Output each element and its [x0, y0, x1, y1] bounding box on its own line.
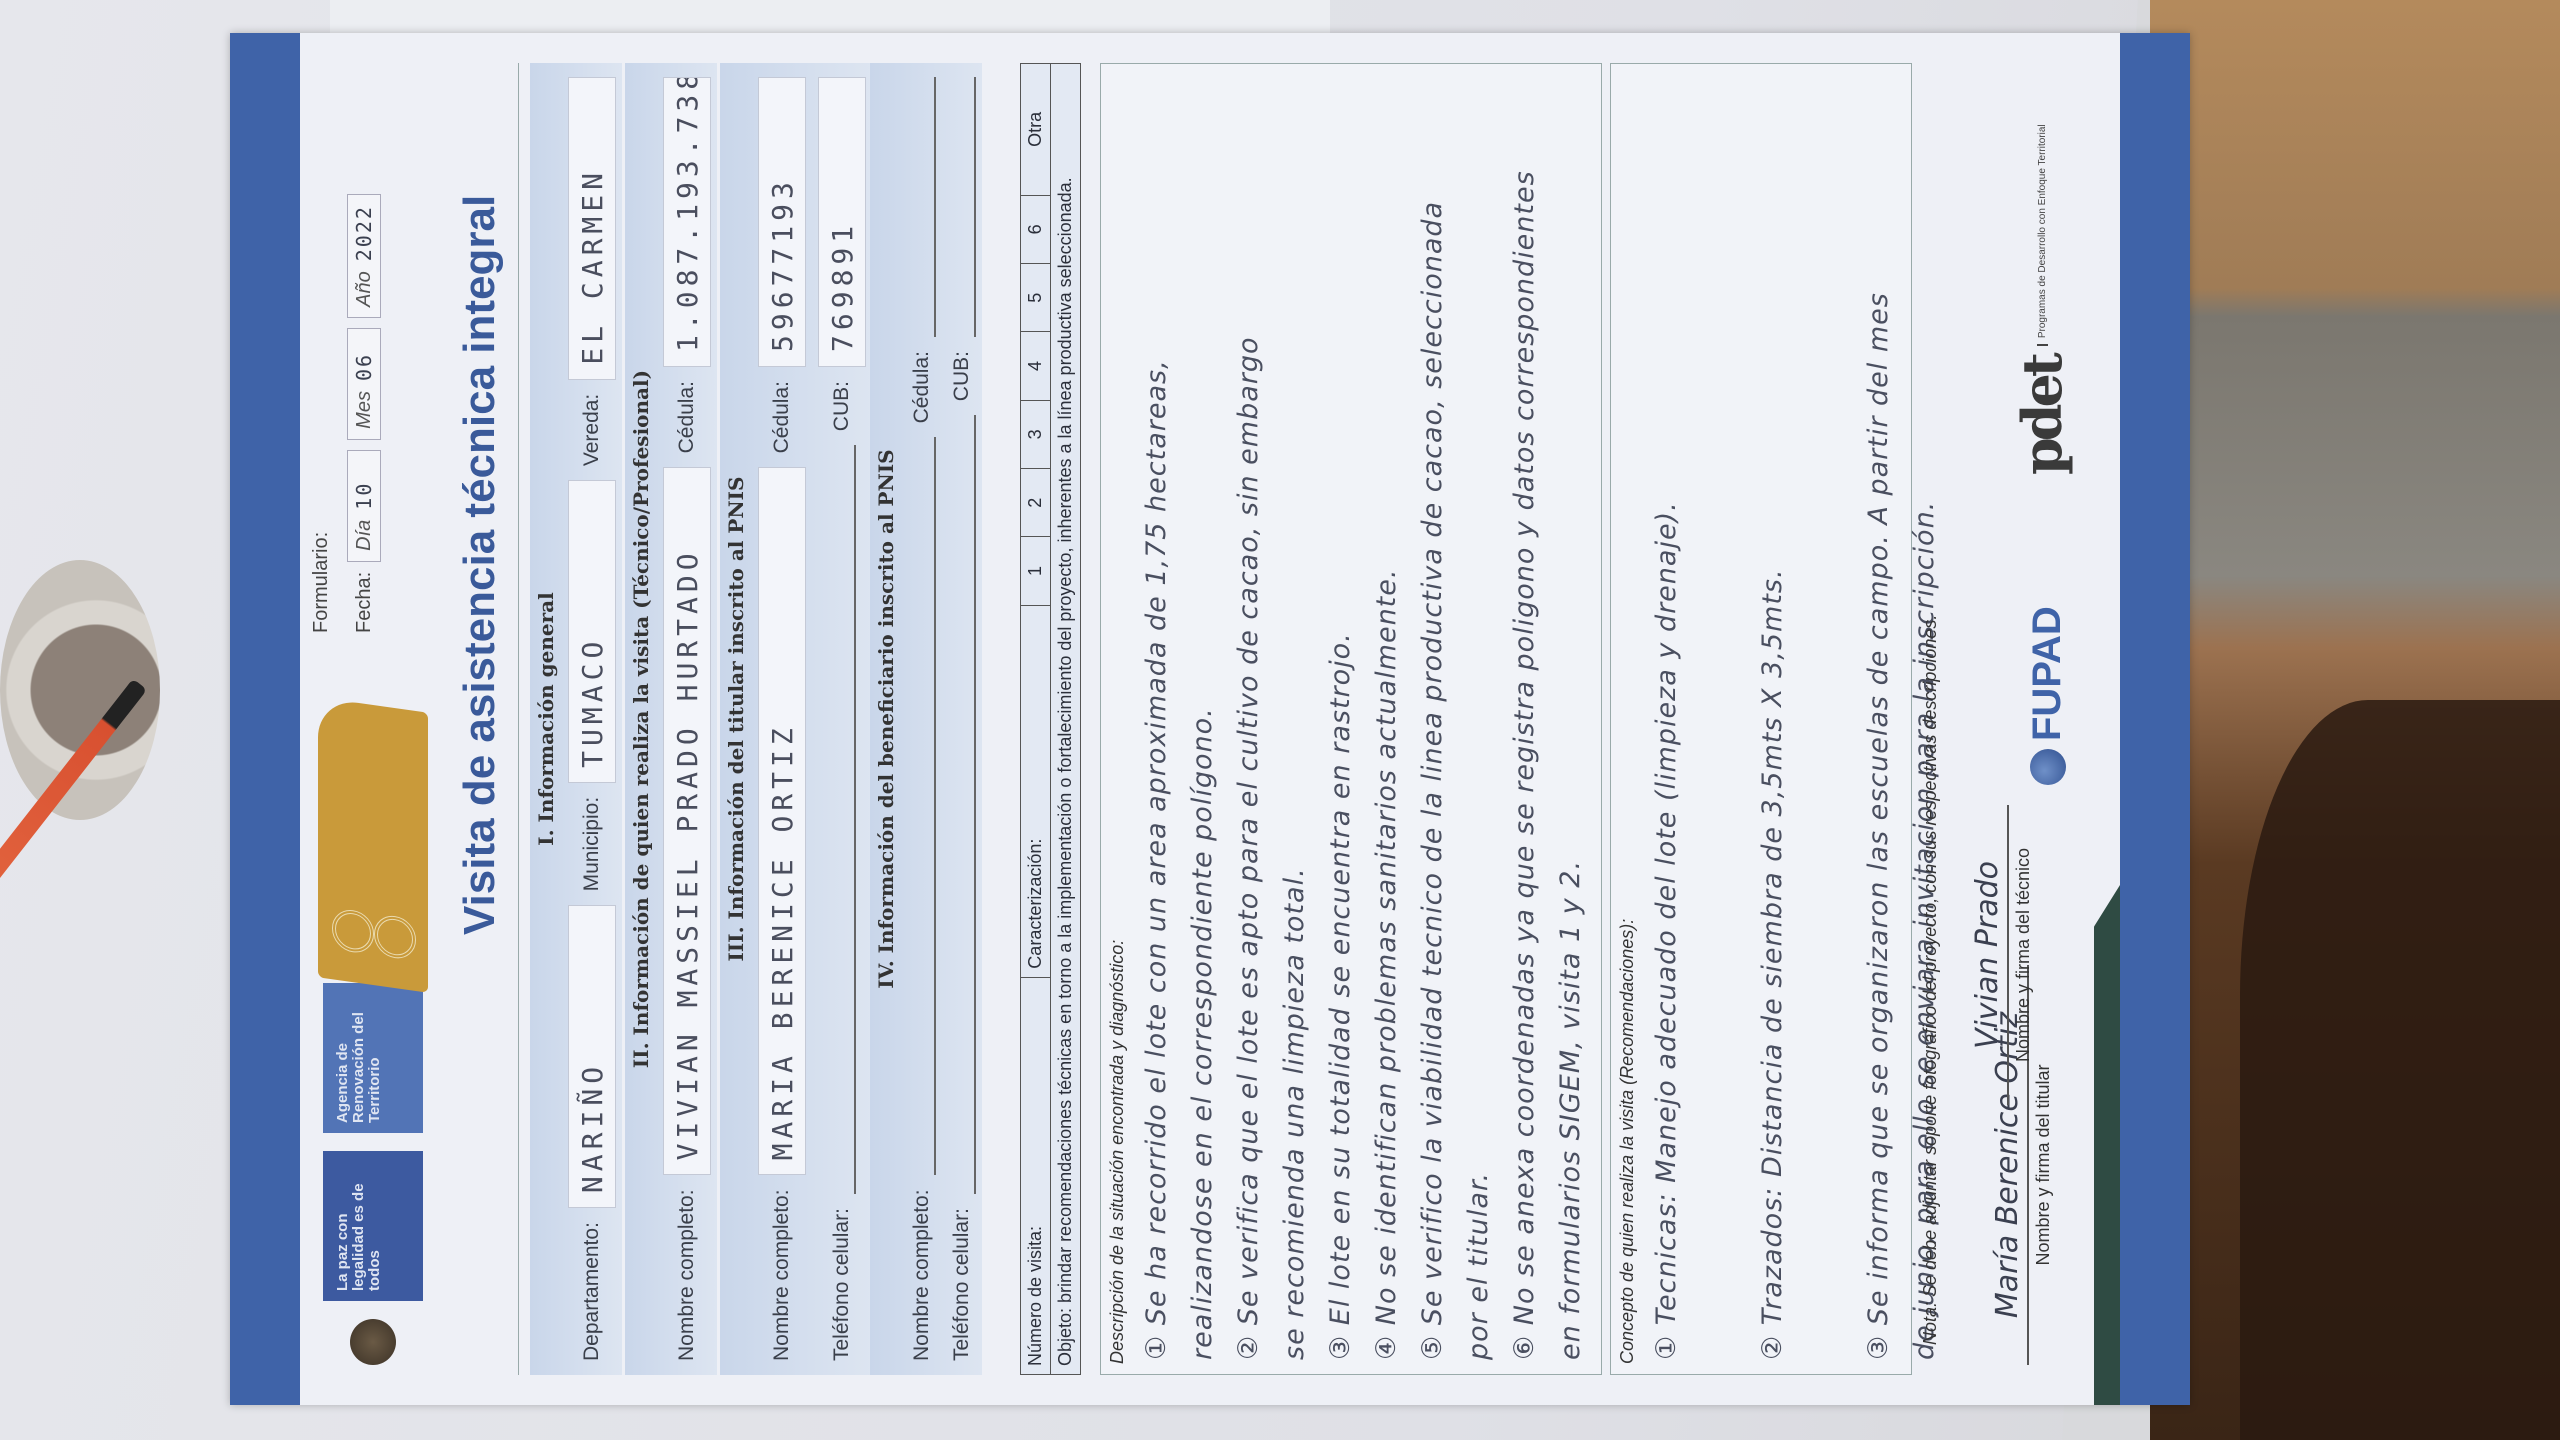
- shadow: [2240, 700, 2560, 1440]
- visit-table-section: Número de visita: Caracterización: 1 2 3…: [1020, 63, 1081, 1375]
- logo-art: Agencia de Renovación del Territorio: [323, 983, 423, 1133]
- section-heading: IV. Información del beneficiario inscrit…: [870, 63, 902, 1375]
- cub-titular-label: CUB:: [830, 381, 854, 431]
- pdet-logo-sub: Programas de Desarrollo con Enfoque Terr…: [2037, 124, 2048, 346]
- caracterizacion-option[interactable]: 6: [1021, 195, 1051, 263]
- nombre-tecnico-field[interactable]: VIVIAN MASSIEL PRADO HURTADO: [663, 467, 711, 1175]
- descripcion-line: ⑤ Se verifico la viabilidad tecnico de l…: [1410, 64, 1456, 1374]
- descripcion-line: realizandose en el correspondiente políg…: [1180, 64, 1226, 1374]
- section-heading: I. Información general: [530, 63, 562, 1375]
- vereda-label: Vereda:: [580, 394, 604, 466]
- telefono-titular-label: Teléfono celular:: [830, 1208, 854, 1361]
- colombia-crest-icon: [350, 1319, 396, 1365]
- descripcion-line: en formularios SIGEM, visita 1 y 2.: [1548, 64, 1594, 1374]
- nombre-beneficiario-field[interactable]: [908, 437, 936, 1175]
- section-titular: III. Información del titular inscrito al…: [720, 63, 872, 1375]
- tecnico-caption: Nombre y firma del técnico: [2013, 805, 2034, 1105]
- footer-note: Nota: Se debe adjuntar soporte fotográfi…: [1920, 615, 1941, 1345]
- row-titular-nombre: Nombre completo: MARIA BERENICE ORTIZ Cé…: [752, 63, 812, 1375]
- titular-caption: Nombre y firma del titular: [2033, 965, 2054, 1365]
- pdet-logo: pdet Programas de Desarrollo con Enfoque…: [2010, 124, 2074, 475]
- caracterizacion-option[interactable]: 5: [1021, 264, 1051, 332]
- concepto-heading: Concepto de quien realiza la visita (Rec…: [1611, 64, 1644, 1374]
- concepto-line: ③ Se informa que se organizaron las escu…: [1856, 64, 1902, 1374]
- descripcion-line: se recomienda una limpieza total.: [1272, 64, 1318, 1374]
- telefono-beneficiario-field[interactable]: [948, 415, 976, 1194]
- cub-beneficiario-label: CUB:: [950, 351, 974, 401]
- globe-icon: [2030, 749, 2066, 785]
- concepto-box: Concepto de quien realiza la visita (Rec…: [1610, 63, 1912, 1375]
- mes-value: 06: [352, 353, 376, 381]
- header-bar: [230, 33, 300, 1405]
- logo-paz-legalidad: La paz con legalidad es de todos: [323, 1151, 423, 1301]
- cedula-titular-label: Cédula:: [770, 381, 794, 453]
- telefono-titular-field[interactable]: [828, 445, 856, 1194]
- caracterizacion-label: Caracterización:: [1021, 605, 1051, 977]
- footer-green-band: [2094, 885, 2120, 1405]
- page-title: Visita de asistencia técnica integral: [455, 195, 505, 935]
- dia-value: 10: [352, 482, 376, 510]
- descripcion-heading: Descripción de la situación encontrada y…: [1101, 64, 1134, 1374]
- formulario-label: Formulario:: [310, 73, 333, 633]
- visit-table: Número de visita: Caracterización: 1 2 3…: [1020, 63, 1081, 1375]
- cedula-tecnico-field[interactable]: 1.087.193.738: [663, 77, 711, 367]
- dia-label: Día: [353, 520, 376, 551]
- swirl-icon: [374, 913, 416, 961]
- concepto-line: ② Trazados: Distancia de siembra de 3,5m…: [1750, 64, 1796, 1374]
- document-rotated: La paz con legalidad es de todos Agencia…: [230, 33, 2190, 1405]
- swirl-icon: [332, 907, 374, 955]
- descripcion-line: ③ El lote en su totalidad se encuentra e…: [1318, 64, 1364, 1374]
- descripcion-box: Descripción de la situación encontrada y…: [1100, 63, 1602, 1375]
- caracterizacion-option[interactable]: 3: [1021, 400, 1051, 468]
- header-logos: La paz con legalidad es de todos Agencia…: [318, 983, 428, 1365]
- divider: [518, 63, 519, 1375]
- footer-bar: [2120, 33, 2190, 1405]
- anio-value: 2022: [352, 205, 376, 261]
- row-beneficiario-nombre: Nombre completo: Cédula:: [902, 63, 942, 1375]
- gold-logo-badge: [318, 697, 428, 992]
- nombre-beneficiario-label: Nombre completo:: [910, 1189, 934, 1361]
- form-document: La paz con legalidad es de todos Agencia…: [230, 33, 2190, 1405]
- cedula-beneficiario-field[interactable]: [908, 77, 936, 337]
- mes-field[interactable]: Mes06: [347, 328, 381, 440]
- descripcion-line: por el titular.: [1456, 64, 1502, 1374]
- cedula-beneficiario-label: Cédula:: [910, 351, 934, 423]
- cub-titular-field[interactable]: 769891: [818, 77, 866, 367]
- form-meta: Formulario: Fecha: Día10 Mes06 Año2022: [310, 73, 381, 633]
- section-beneficiario: IV. Información del beneficiario inscrit…: [870, 63, 982, 1375]
- descripcion-line: ① Se ha recorrido el lote con un area ap…: [1134, 64, 1180, 1374]
- caracterizacion-option[interactable]: 2: [1021, 469, 1051, 537]
- descripcion-line: ② Se verifica que el lote es apto para e…: [1226, 64, 1272, 1374]
- telefono-beneficiario-label: Teléfono celular:: [950, 1208, 974, 1361]
- fupad-logo: FUPAD: [2025, 606, 2070, 785]
- objeto-text: Objeto: brindar recomendaciones técnicas…: [1051, 64, 1081, 1375]
- vereda-field[interactable]: EL CARMEN: [568, 77, 616, 380]
- caracterizacion-option[interactable]: 4: [1021, 332, 1051, 400]
- date-row: Fecha: Día10 Mes06 Año2022: [347, 73, 381, 633]
- nombre-titular-field[interactable]: MARIA BERENICE ORTIZ: [758, 467, 806, 1175]
- dia-field[interactable]: Día10: [347, 450, 381, 562]
- descripcion-line: ④ No se identifican problemas sanitarios…: [1364, 64, 1410, 1374]
- municipio-label: Municipio:: [580, 797, 604, 892]
- cedula-tecnico-label: Cédula:: [675, 381, 699, 453]
- departamento-field[interactable]: NARIÑO: [568, 905, 616, 1208]
- caracterizacion-option[interactable]: 1: [1021, 537, 1051, 605]
- cedula-titular-field[interactable]: 59677193: [758, 77, 806, 367]
- mes-label: Mes: [353, 391, 376, 429]
- section-tecnico: II. Información de quien realiza la visi…: [625, 63, 717, 1375]
- anio-field[interactable]: Año2022: [347, 194, 381, 318]
- anio-label: Año: [353, 271, 376, 307]
- pdet-logo-mark: pdet: [2010, 356, 2074, 475]
- numero-visita-label: Número de visita:: [1021, 977, 1051, 1374]
- concepto-line: ① Tecnicas: Manejo adecuado del lote (li…: [1644, 64, 1690, 1374]
- row-beneficiario-telefono: Teléfono celular: CUB:: [942, 63, 982, 1375]
- row-titular-telefono: Teléfono celular: CUB: 769891: [812, 63, 872, 1375]
- section-informacion-general: I. Información general Departamento: NAR…: [530, 63, 622, 1375]
- section-heading: II. Información de quien realiza la visi…: [625, 63, 657, 1375]
- departamento-label: Departamento:: [580, 1222, 604, 1361]
- row-tecnico: Nombre completo: VIVIAN MASSIEL PRADO HU…: [657, 63, 717, 1375]
- caracterizacion-option[interactable]: Otra: [1021, 64, 1051, 196]
- descripcion-line: ⑥ No se anexa coordenadas ya que se regi…: [1502, 64, 1548, 1374]
- tecnico-signature: Vivian Prado: [1970, 805, 2009, 1105]
- municipio-field[interactable]: TUMACO: [568, 480, 616, 783]
- section-heading: III. Información del titular inscrito al…: [720, 63, 752, 1375]
- nombre-titular-label: Nombre completo:: [770, 1189, 794, 1361]
- fupad-logo-text: FUPAD: [2025, 606, 2070, 741]
- nombre-tecnico-label: Nombre completo:: [675, 1189, 699, 1361]
- cub-beneficiario-field[interactable]: [948, 77, 976, 337]
- row-ubicacion: Departamento: NARIÑO Municipio: TUMACO V…: [562, 63, 622, 1375]
- fecha-label: Fecha:: [353, 572, 376, 633]
- tecnico-signature-block: Vivian Prado Nombre y firma del técnico: [1970, 805, 2034, 1105]
